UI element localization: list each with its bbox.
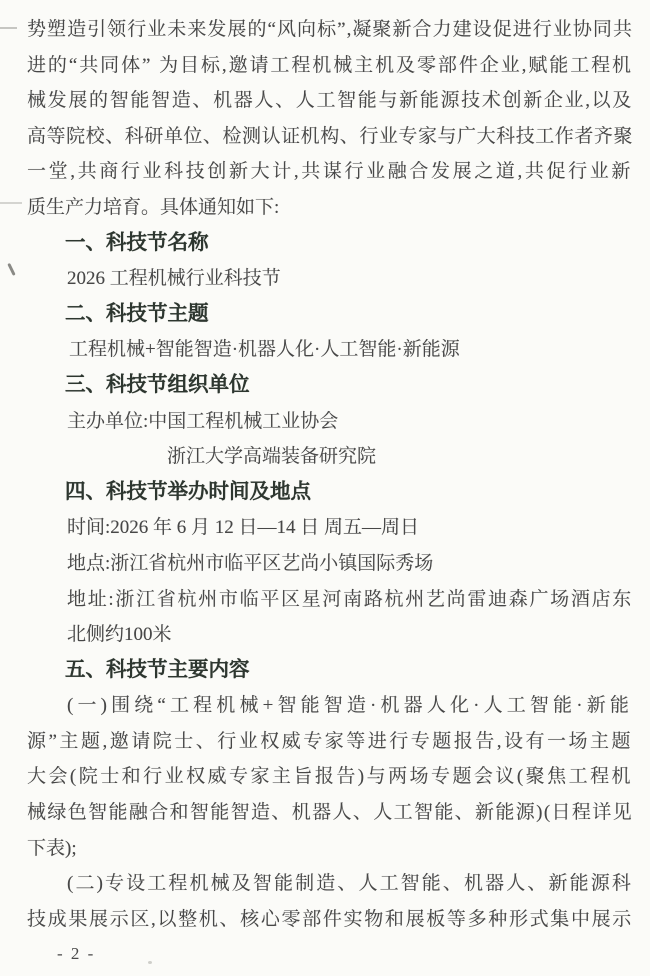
text-line: 高等院校、科研单位、检测认证机构、行业专家与广大科技工作者齐聚 [27,119,633,155]
page-number: - 2 - [57,942,95,966]
section-heading: 五、科技节主要内容 [27,653,633,689]
section-heading: 四、科技节举办时间及地点 [27,475,633,511]
text-line: 下表); [27,831,633,867]
text-line: 2026 工程机械行业科技节 [27,261,633,297]
text-line: (二)专设工程机械及智能制造、人工智能、机器人、新能源科 [27,866,633,902]
text-line: 质生产力培育。具体通知如下: [27,190,633,226]
scan-artifact-dot [148,961,152,964]
text-line: 浙江大学高端装备研究院 [27,439,633,475]
text-line: 源”主题,邀请院士、行业权威专家等进行专题报告,设有一场主题 [27,724,633,760]
section-heading: 一、科技节名称 [27,226,633,262]
text-line: 时间:2026 年 6 月 12 日—14 日 周五—周日 [27,510,633,546]
text-line: 主办单位:中国工程机械工业协会 [27,404,633,440]
text-line: 北侧约100米 [27,617,633,653]
text-line: 地址:浙江省杭州市临平区星河南路杭州艺尚雷迪森广场酒店东 [27,582,633,618]
scan-artifact-mark [7,263,15,276]
text-line: 技成果展示区,以整机、核心零部件实物和展板等多种形式集中展示 [27,902,633,938]
text-line: (一)围绕“工程机械+智能智造·机器人化·人工智能·新能 [27,688,633,724]
text-line: 一堂,共商行业科技创新大计,共谋行业融合发展之道,共促行业新 [27,154,633,190]
scan-artifact-line [0,202,22,204]
text-line: 械发展的智能智造、机器人、人工智能与新能源技术创新企业,以及 [27,83,633,119]
section-heading: 三、科技节组织单位 [27,368,633,404]
scan-artifact-line [0,27,17,29]
text-line: 进的“共同体” 为目标,邀请工程机械主机及零部件企业,赋能工程机 [27,48,633,84]
document-body: 势塑造引领行业未来发展的“风向标”,凝聚新合力建设促进行业协同共进的“共同体” … [27,12,633,937]
text-line: 势塑造引领行业未来发展的“风向标”,凝聚新合力建设促进行业协同共 [27,12,633,48]
text-line: 大会(院士和行业权威专家主旨报告)与两场专题会议(聚焦工程机 [27,759,633,795]
text-line: 械绿色智能融合和智能智造、机器人、人工智能、新能源)(日程详见 [27,795,633,831]
text-line: 地点:浙江省杭州市临平区艺尚小镇国际秀场 [27,546,633,582]
section-heading: 二、科技节主题 [27,297,633,333]
document-page: 势塑造引领行业未来发展的“风向标”,凝聚新合力建设促进行业协同共进的“共同体” … [0,0,650,976]
text-line: 工程机械+智能智造·机器人化·人工智能·新能源 [27,332,633,368]
